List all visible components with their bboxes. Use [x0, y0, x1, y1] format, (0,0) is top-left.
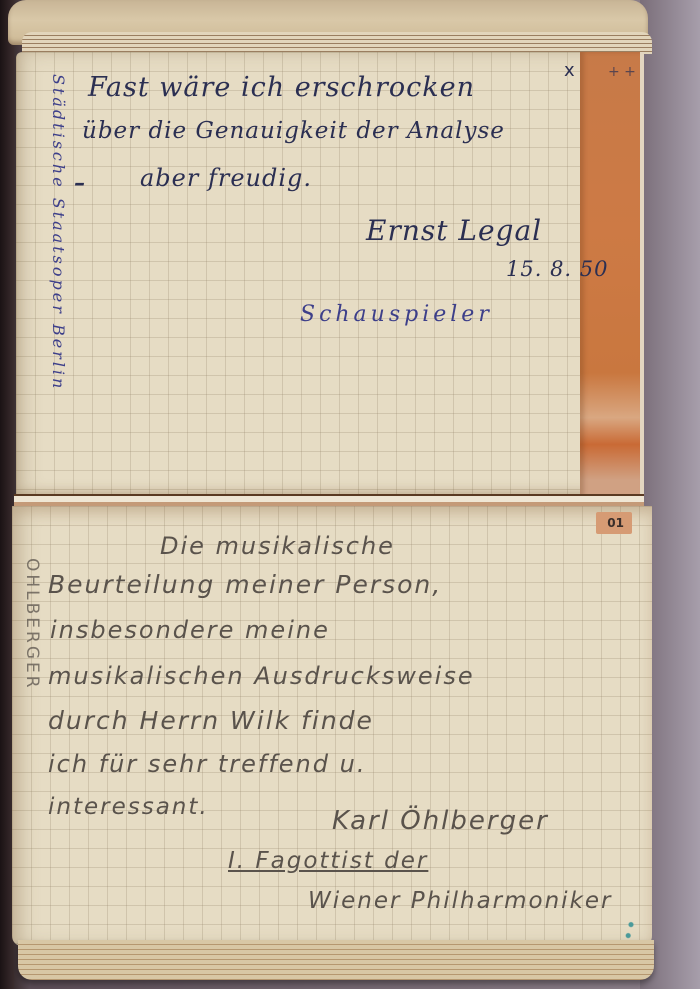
- lower-page: 01 OHLBERGER Die musikalische Beurteilun…: [12, 506, 652, 946]
- note-line-1: Fast wäre ich erschrocken: [88, 72, 475, 103]
- margin-note-staatsoper: Städtische Staatsoper Berlin: [49, 74, 68, 391]
- upper-page: x + + Städtische Staatsoper Berlin – Fas…: [16, 52, 644, 498]
- note-line-7: interessant.: [48, 794, 209, 820]
- x-mark: x: [564, 60, 575, 81]
- note-line-3: aber freudig.: [140, 164, 312, 192]
- dash-mark: –: [74, 170, 86, 196]
- note-line-5: durch Herrn Wilk finde: [48, 706, 374, 735]
- page-number: 01: [607, 516, 624, 530]
- note-line-2: über die Genauigkeit der Analyse: [82, 118, 505, 144]
- plus-marks: + +: [608, 64, 636, 80]
- margin-note-ohlberger: OHLBERGER: [22, 558, 42, 691]
- role-note: Schauspieler: [300, 302, 493, 327]
- note-line-1: Die musikalische: [160, 532, 395, 560]
- note-line-3: insbesondere meine: [50, 616, 330, 644]
- signature-karl-ohlberger: Karl Öhlberger: [332, 806, 549, 836]
- title-line-1: I. Fagottist der: [228, 848, 428, 874]
- date: 15. 8. 50: [506, 257, 609, 281]
- note-line-2: Beurteilung meiner Person,: [48, 570, 442, 599]
- signature-ernst-legal: Ernst Legal: [366, 214, 542, 247]
- note-line-6: ich für sehr treffend u.: [48, 750, 366, 778]
- page-stack-bottom: [18, 940, 654, 980]
- title-line-2: Wiener Philharmoniker: [308, 888, 613, 914]
- teal-ink-spots: [624, 918, 638, 940]
- page-stack-top: [22, 32, 652, 54]
- note-line-4: musikalischen Ausdrucksweise: [48, 662, 475, 690]
